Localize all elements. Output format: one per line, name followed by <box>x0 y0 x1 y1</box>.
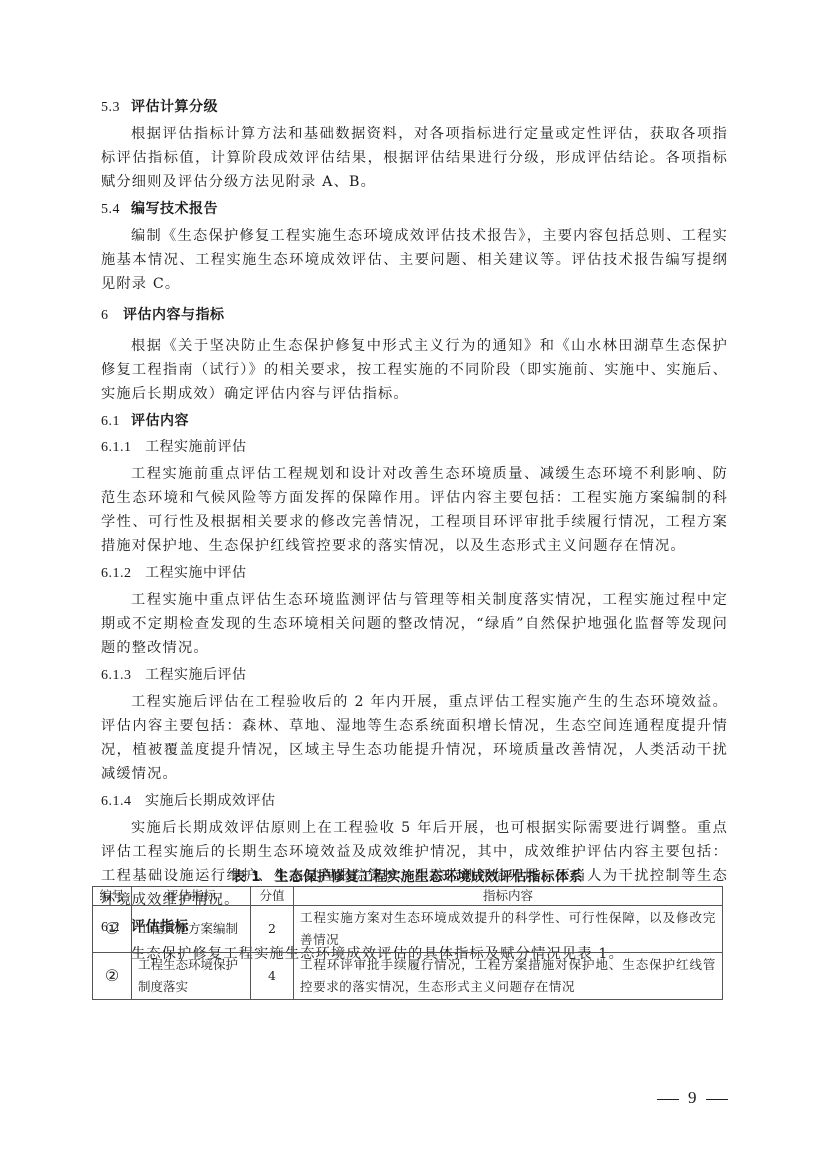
section-title: 评估计算分级 <box>131 99 218 115</box>
section-number: 6 <box>101 305 123 327</box>
column-header-content: 指标内容 <box>294 887 723 906</box>
section-number: 6.1.3 <box>101 665 145 687</box>
cell-indicator: 工程实施方案编制 <box>132 906 251 953</box>
column-header-score: 分值 <box>251 887 294 906</box>
section-number: 6.1 <box>101 411 131 433</box>
section-paragraph-5-3: 根据评估指标计算方法和基础数据资料，对各项指标进行定量或定性评估，获取各项指标评… <box>101 122 728 194</box>
section-paragraph-6-1-2: 工程实施中重点评估生态环境监测评估与管理等相关制度落实情况，工程实施过程中定期或… <box>101 588 728 660</box>
cell-score: 4 <box>251 953 294 1000</box>
cell-number: ① <box>93 906 132 953</box>
section-heading-6-1-3: 6.1.3工程实施后评估 <box>101 664 728 686</box>
section-title: 编写技术报告 <box>131 201 218 217</box>
cell-score: 2 <box>251 906 294 953</box>
section-paragraph-6: 根据《关于坚决防止生态保护修复中形式主义行为的通知》和《山水林田湖草生态保护修复… <box>101 334 728 406</box>
column-header-number: 编号 <box>93 887 132 906</box>
section-heading-6-1: 6.1评估内容 <box>101 410 728 432</box>
cell-content: 工程环评审批手续履行情况，工程方案措施对保护地、生态保护红线管控要求的落实情况，… <box>294 953 723 1000</box>
cell-number: ② <box>93 953 132 1000</box>
section-title: 工程实施前评估 <box>145 439 247 455</box>
section-paragraph-6-1-1: 工程实施前重点评估工程规划和设计对改善生态环境质量、减缓生态环境不利影响、防范生… <box>101 462 728 558</box>
section-heading-6-1-2: 6.1.2工程实施中评估 <box>101 562 728 584</box>
section-title: 评估内容 <box>131 413 189 429</box>
table-header-row: 编号 评估指标 分值 指标内容 <box>93 887 723 906</box>
section-heading-6-1-1: 6.1.1工程实施前评估 <box>101 436 728 458</box>
section-number: 6.1.1 <box>101 437 145 459</box>
section-paragraph-5-4: 编制《生态保护修复工程实施生态环境成效评估技术报告》，主要内容包括总则、工程实施… <box>101 224 728 296</box>
indicator-table: 编号 评估指标 分值 指标内容 ① 工程实施方案编制 2 工程实施方案对生态环境… <box>92 886 723 1000</box>
section-title: 工程实施中评估 <box>145 565 247 581</box>
cell-indicator: 工程生态环境保护制度落实 <box>132 953 251 1000</box>
section-title: 工程实施后评估 <box>145 667 247 683</box>
table-row: ② 工程生态环境保护制度落实 4 工程环评审批手续履行情况，工程方案措施对保护地… <box>93 953 723 1000</box>
section-number: 5.3 <box>101 97 131 119</box>
cell-content: 工程实施方案对生态环境成效提升的科学性、可行性保障，以及修改完善情况 <box>294 906 723 953</box>
section-heading-6: 6评估内容与指标 <box>101 304 728 326</box>
page-number: 9 <box>648 1088 737 1108</box>
table-row: ① 工程实施方案编制 2 工程实施方案对生态环境成效提升的科学性、可行性保障，以… <box>93 906 723 953</box>
section-heading-5-4: 5.4编写技术报告 <box>101 198 728 220</box>
section-paragraph-6-1-3: 工程实施后评估在工程验收后的 2 年内开展，重点评估工程实施产生的生态环境效益。… <box>101 690 728 786</box>
section-number: 5.4 <box>101 199 131 221</box>
section-heading-6-1-4: 6.1.4实施后长期成效评估 <box>101 790 728 812</box>
section-number: 6.1.2 <box>101 563 145 585</box>
document-body: 5.3评估计算分级 根据评估指标计算方法和基础数据资料，对各项指标进行定量或定性… <box>101 96 728 966</box>
dash-left <box>657 1099 679 1100</box>
page-number-value: 9 <box>688 1088 697 1107</box>
section-title: 实施后长期成效评估 <box>145 793 276 809</box>
column-header-indicator: 评估指标 <box>132 887 251 906</box>
section-number: 6.1.4 <box>101 791 145 813</box>
table-caption: 表 1 生态保护修复工程实施生态环境成效评估指标体系 <box>92 868 723 886</box>
dash-right <box>706 1099 728 1100</box>
section-title: 评估内容与指标 <box>123 307 225 323</box>
section-heading-5-3: 5.3评估计算分级 <box>101 96 728 118</box>
